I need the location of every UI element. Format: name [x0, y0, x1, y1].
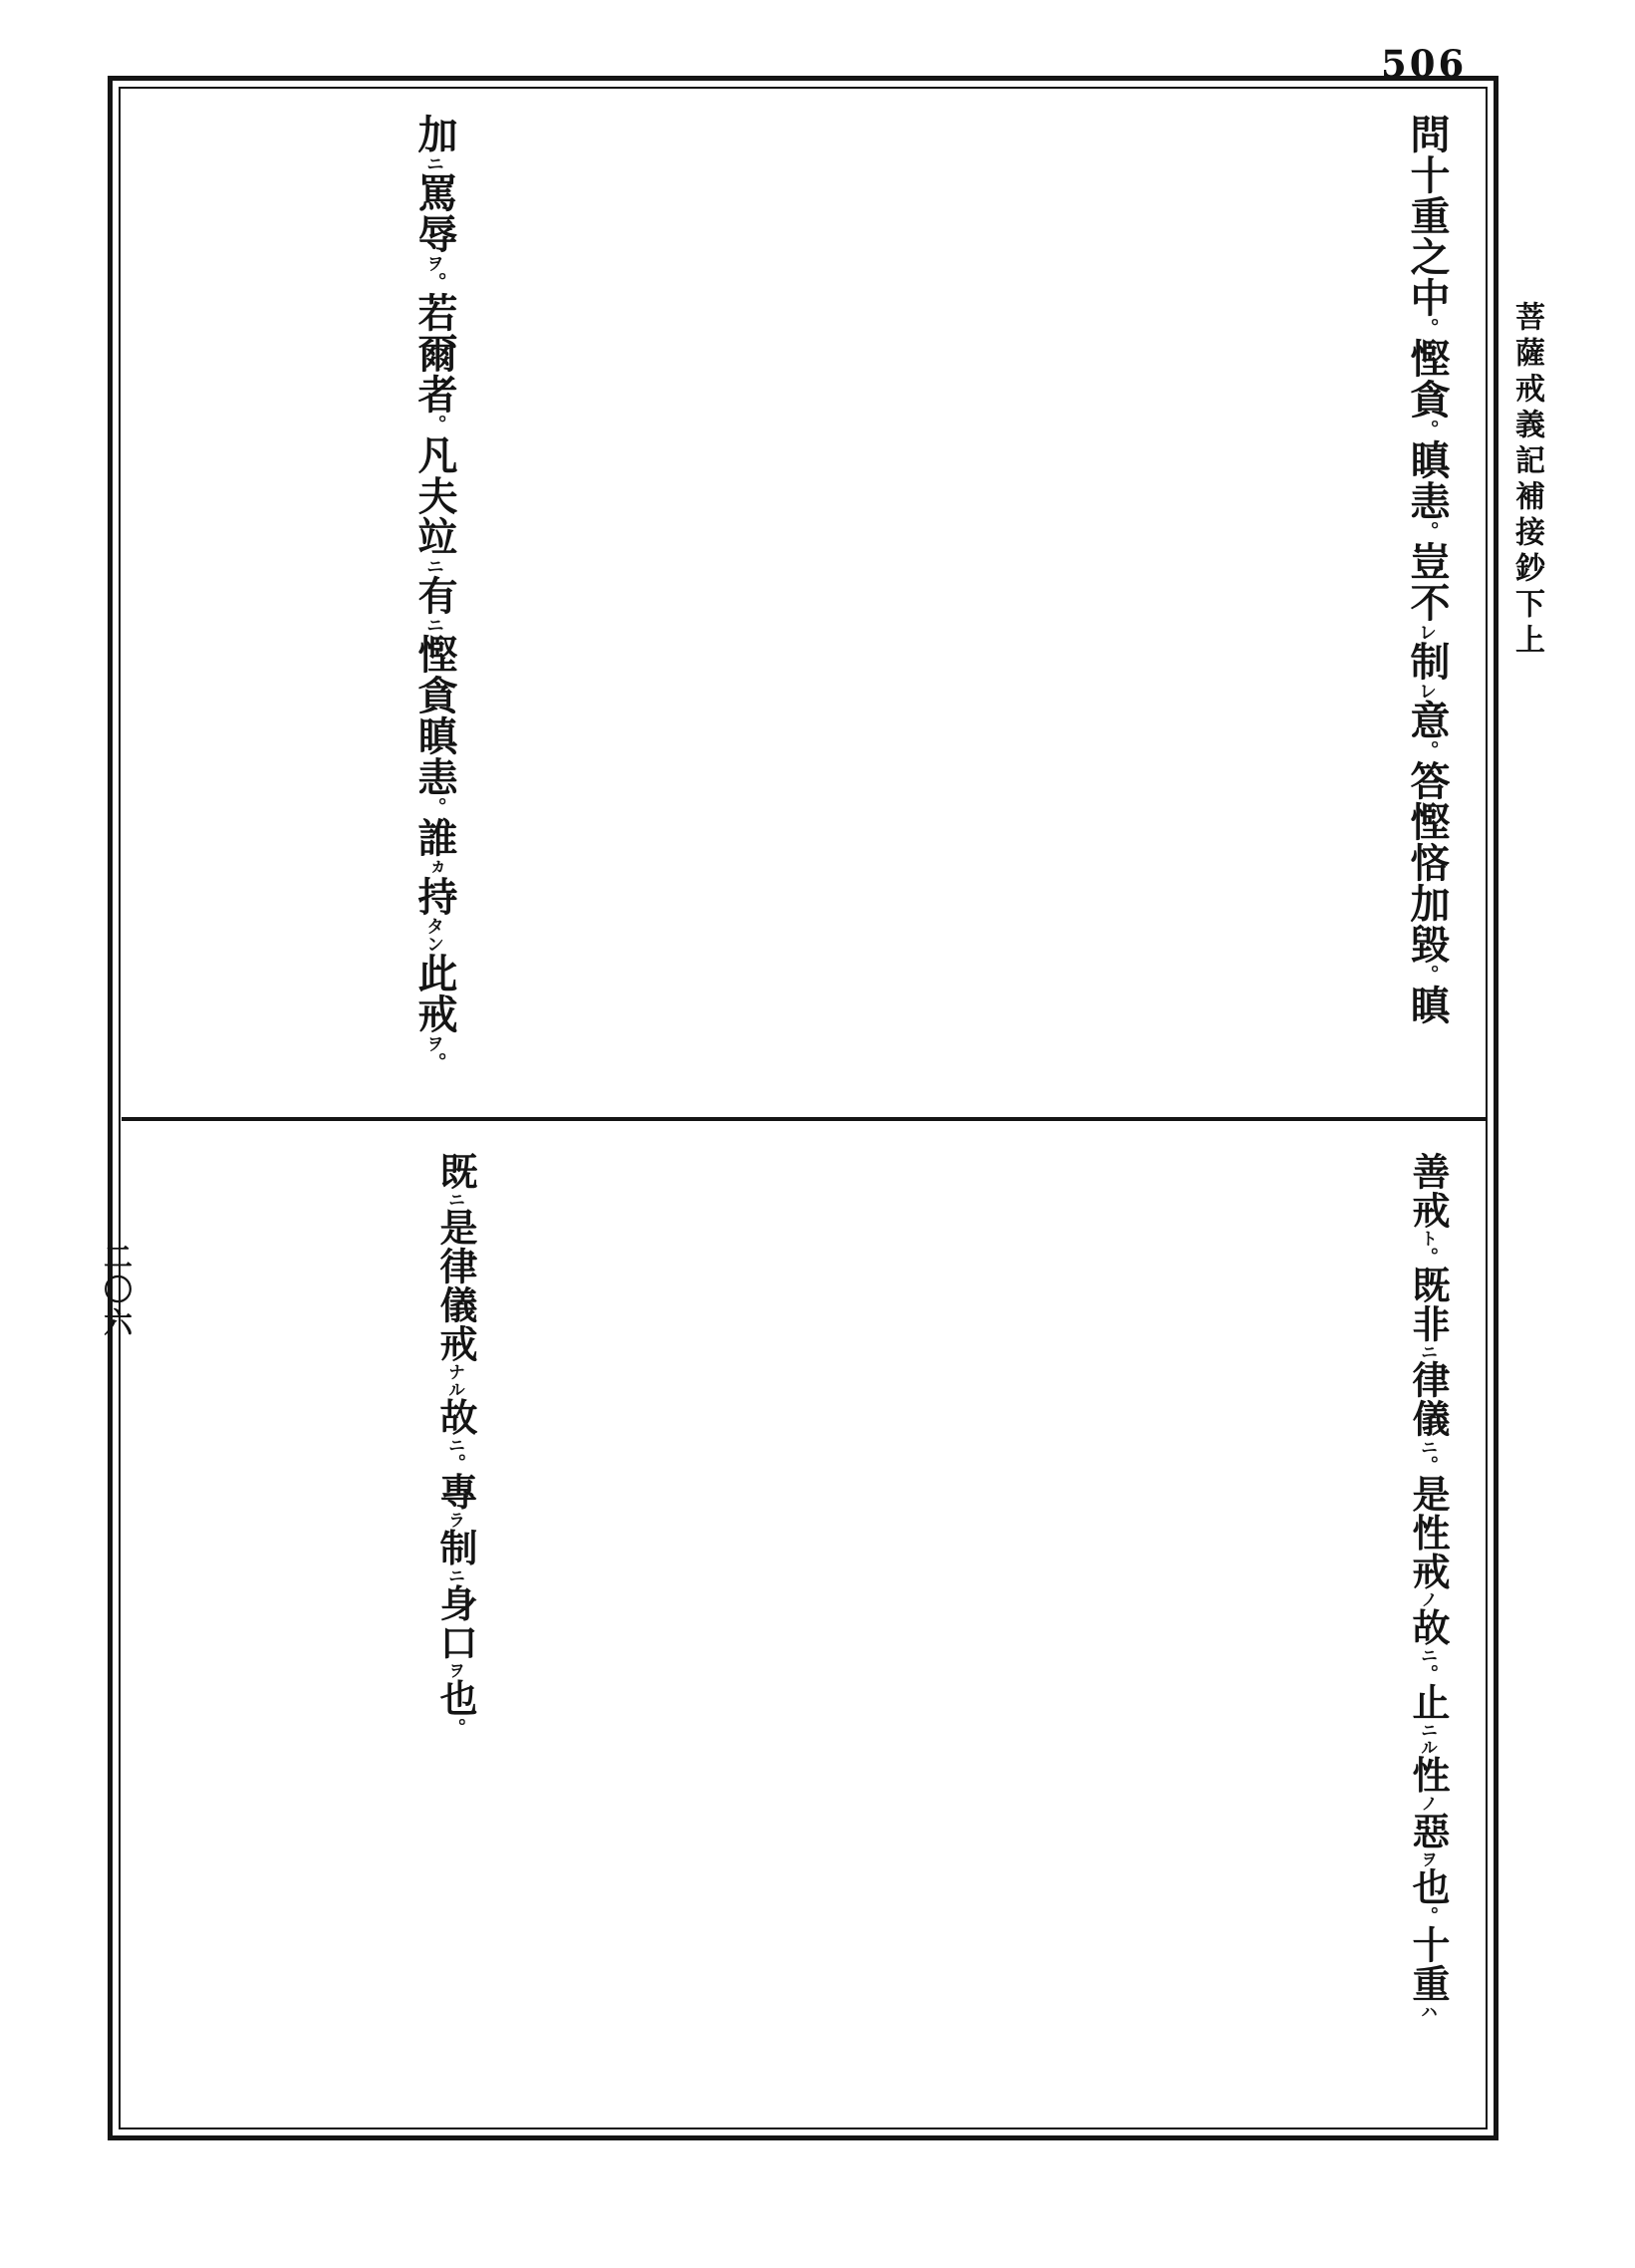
punctuation-mark: 。: [1416, 521, 1438, 541]
kunten-mark: ニ: [424, 154, 444, 172]
punctuation-mark: 。: [1416, 318, 1438, 338]
punctuation-mark: 。: [444, 1453, 465, 1472]
punctuation-mark: 。: [1416, 965, 1438, 985]
scanned-page: { "page_number": "506", "margin_title": …: [0, 0, 1635, 2268]
kunten-mark: レ: [1417, 682, 1437, 700]
kunten-mark: ニ: [1418, 1646, 1437, 1663]
punctuation-mark: 。: [1417, 1247, 1438, 1266]
kunten-mark: ニ: [1418, 1438, 1437, 1455]
upper-text-block: 問十重之中。慳貪。瞋恚。豈不レ制レ意。答慳悋加毀。瞋加ニ罵辱ヲ。若爾者。凡夫竝ニ…: [0, 114, 1466, 1106]
kunten-mark: ニ: [445, 1191, 464, 1208]
punctuation-mark: 。: [444, 1718, 465, 1737]
kunten-mark: ヲ: [424, 1034, 444, 1052]
punctuation-mark: 。: [423, 797, 445, 817]
kunten-mark: ヲ: [1418, 1850, 1437, 1867]
kunten-mark: ニ: [424, 616, 444, 634]
punctuation-mark: 。: [423, 415, 445, 434]
punctuation-mark: 。: [423, 1052, 445, 1072]
kunten-mark: ノ: [1418, 1795, 1437, 1812]
punctuation-mark: 。: [1417, 1664, 1438, 1683]
margin-running-title: 菩薩戒義記補接鈔下上: [1504, 301, 1548, 700]
kunten-mark: ニ: [1418, 1343, 1437, 1360]
punctuation-mark: 。: [1417, 1906, 1438, 1925]
kunten-mark: ラ: [445, 1511, 464, 1528]
kunten-mark: ハ: [1418, 2003, 1437, 2020]
kunten-mark: ナル: [445, 1363, 464, 1397]
kunten-mark: レ: [1417, 623, 1437, 641]
kunten-mark: ト: [1418, 1230, 1437, 1247]
kunten-mark: タン: [424, 917, 444, 953]
text-column: 問十重之中。慳貪。瞋恚。豈不レ制レ意。答慳悋加毀。瞋: [473, 114, 1466, 1106]
kunten-mark: ニ: [445, 1436, 464, 1453]
kunten-mark: ニル: [1418, 1722, 1437, 1756]
register-divider-rule: [122, 1117, 1487, 1121]
kunten-mark: ニ: [424, 557, 444, 575]
lower-text-block: 善戒ト。既非ニ律儀ニ。是性戒ノ故ニ。止ニル性ノ惡ヲ也。十重ハ既ニ是律儀戒ナル故ニ…: [0, 1152, 1466, 2125]
kunten-mark: ヵ: [424, 858, 444, 876]
punctuation-mark: 。: [1416, 420, 1438, 439]
kunten-mark: ヲ: [424, 254, 444, 272]
kunten-mark: ヲ: [445, 1662, 464, 1679]
text-column: 善戒ト。既非ニ律儀ニ。是性戒ノ故ニ。止ニル性ノ惡ヲ也。十重ハ: [493, 1152, 1466, 2125]
punctuation-mark: 。: [1416, 740, 1438, 760]
kunten-mark: ニ: [445, 1567, 464, 1584]
text-column: 加ニ罵辱ヲ。若爾者。凡夫竝ニ有ニ慳貪瞋恚。誰ヵ持タン此戒ヲ。: [0, 114, 473, 1106]
punctuation-mark: 。: [1417, 1455, 1438, 1474]
punctuation-mark: 。: [423, 272, 445, 292]
text-column: 既ニ是律儀戒ナル故ニ。專ラ制ニ身口ヲ也。: [0, 1152, 493, 2125]
kunten-mark: ノ: [1418, 1590, 1437, 1607]
